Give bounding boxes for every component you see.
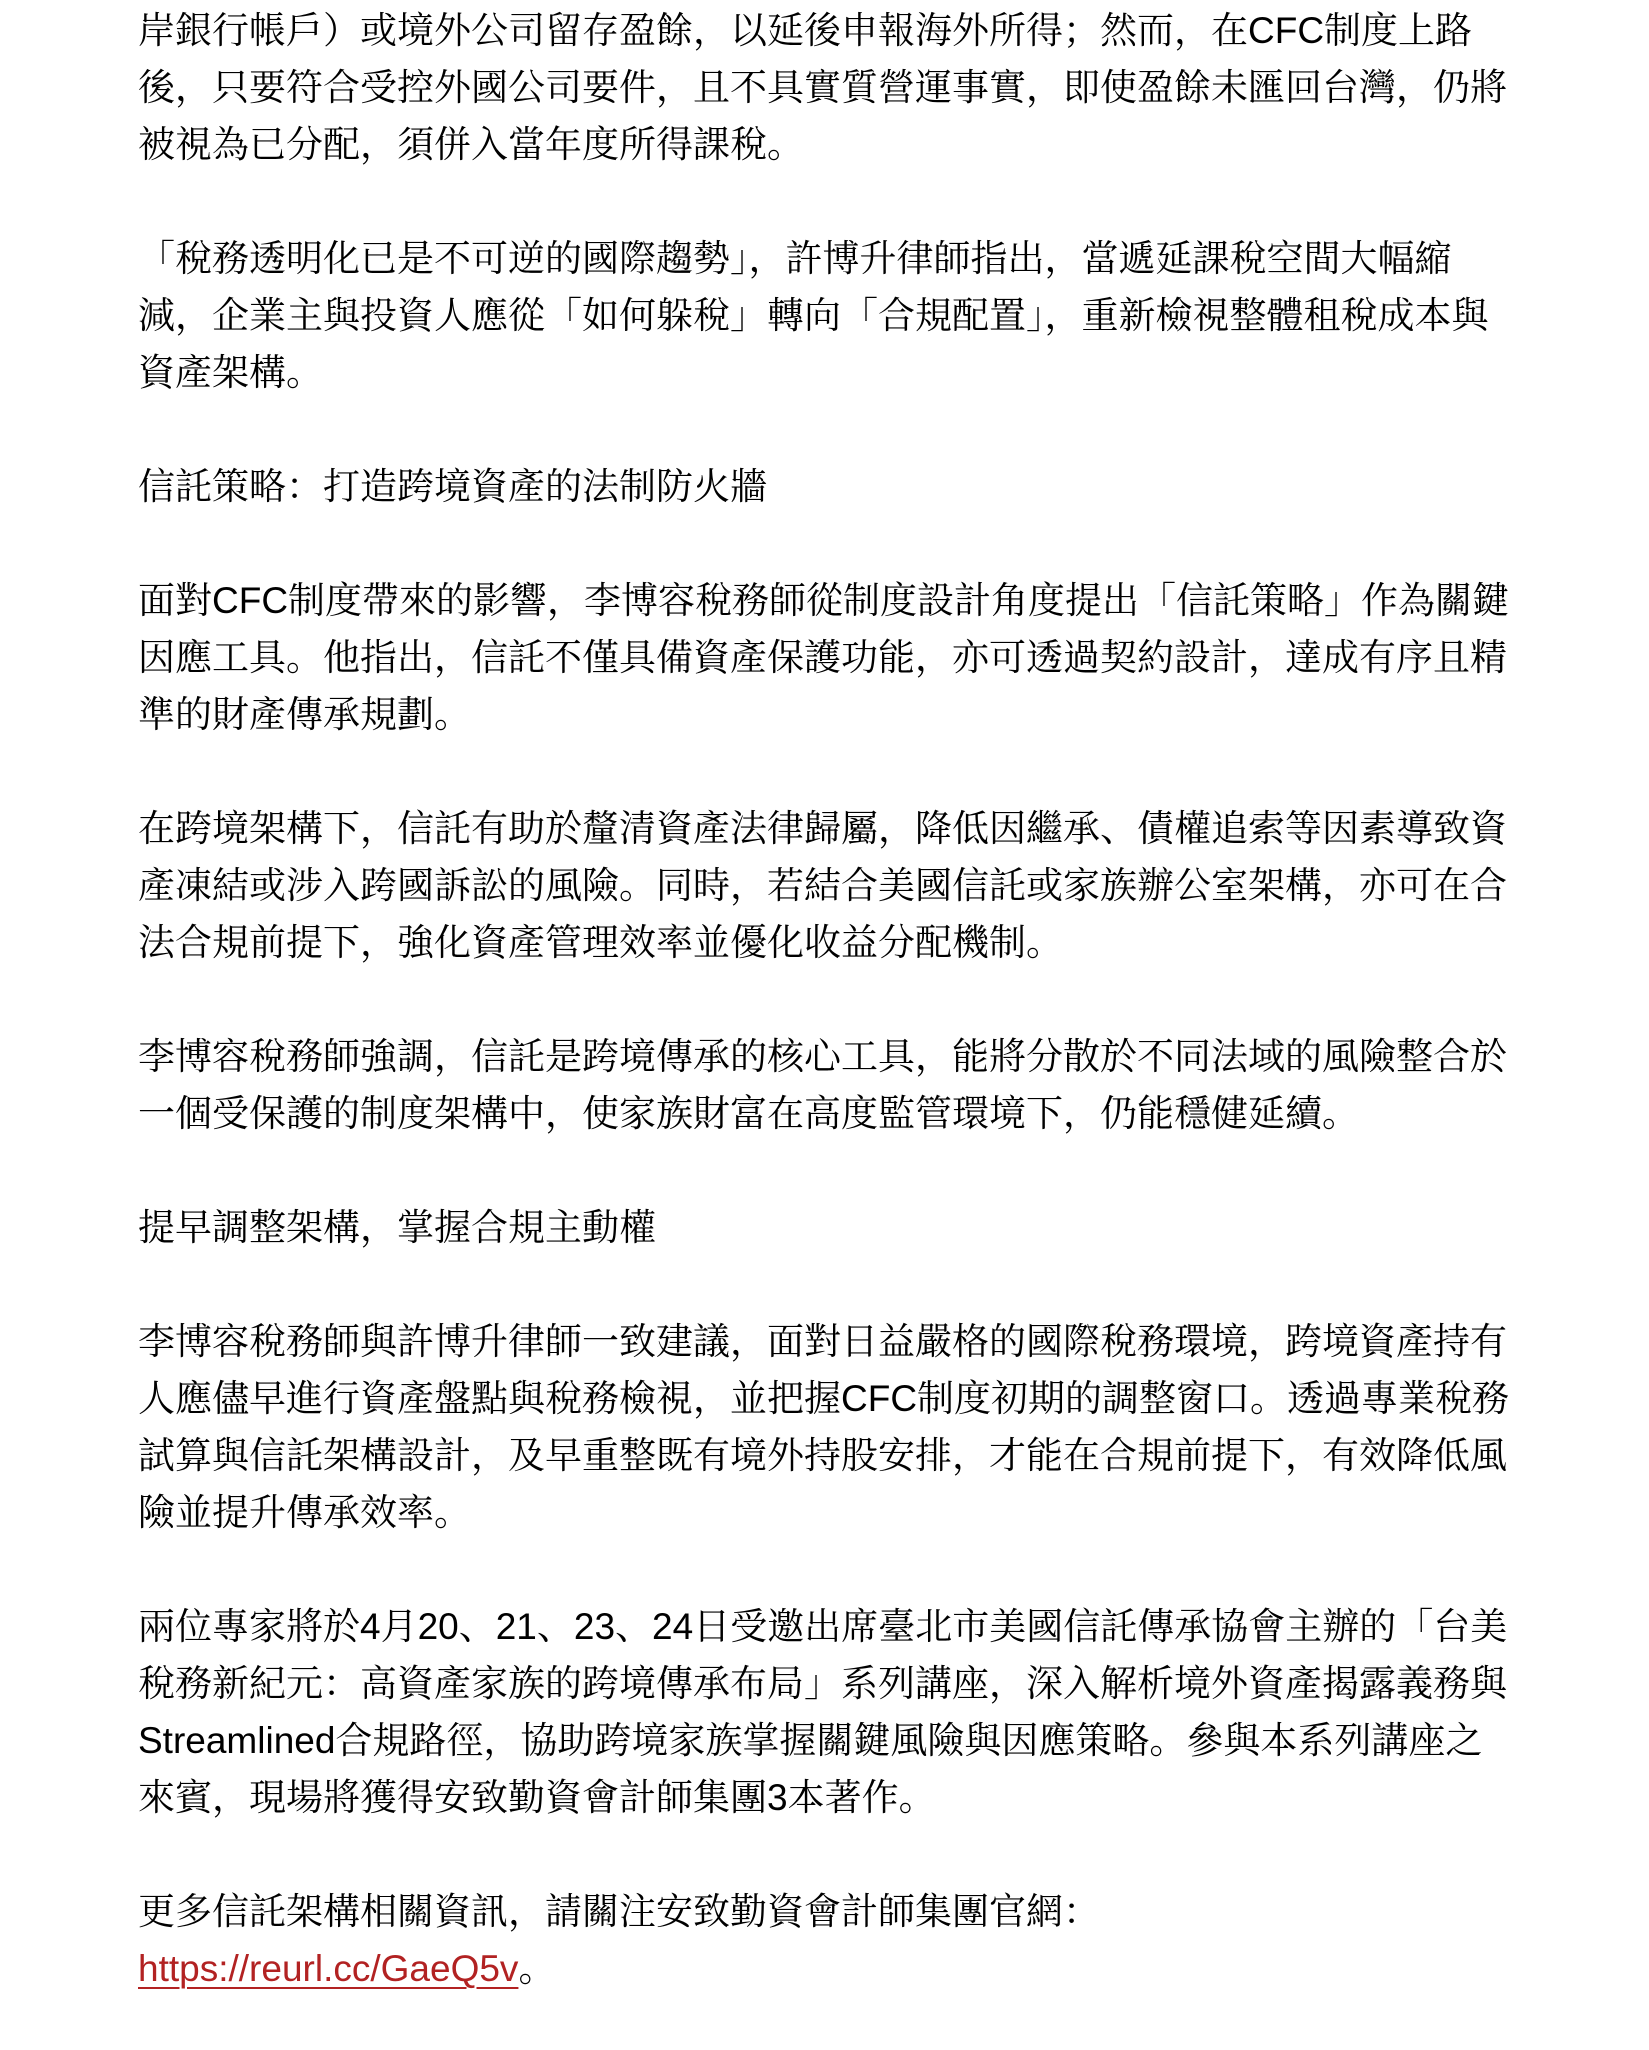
paragraph-cross-border-structure: 在跨境架構下，信託有助於釐清資產法律歸屬，降低因繼承、債權追索等因素導致資產凍結… (138, 800, 1514, 971)
paragraph-trust-core-tool: 李博容稅務師強調，信託是跨境傳承的核心工具，能將分散於不同法域的風險整合於一個受… (138, 1028, 1514, 1142)
paragraph-more-info: 更多信託架構相關資訊，請關注安致勤資會計師集團官網： https://reurl… (138, 1883, 1514, 1997)
paragraph-seminar-announcement: 兩位專家將於4月20、21、23、24日受邀出席臺北市美國信託傳承協會主辦的「台… (138, 1598, 1514, 1826)
sentence-end-period: 。 (518, 1948, 555, 1989)
section-heading-trust-strategy: 信託策略：打造跨境資產的法制防火牆 (138, 458, 1514, 515)
paragraph-joint-advice: 李博容稅務師與許博升律師一致建議，面對日益嚴格的國際稅務環境，跨境資產持有人應儘… (138, 1313, 1514, 1541)
document-page: 岸銀行帳戶）或境外公司留存盈餘，以延後申報海外所得；然而，在CFC制度上路後，只… (0, 0, 1649, 1997)
paragraph-cfc-rule: 岸銀行帳戶）或境外公司留存盈餘，以延後申報海外所得；然而，在CFC制度上路後，只… (138, 2, 1514, 173)
section-heading-early-adjustment: 提早調整架構，掌握合規主動權 (138, 1199, 1514, 1256)
more-info-text: 更多信託架構相關資訊，請關注安致勤資會計師集團官網： (138, 1891, 1100, 1932)
paragraph-tax-transparency: 「稅務透明化已是不可逆的國際趨勢」，許博升律師指出，當遞延課稅空間大幅縮減，企業… (138, 230, 1514, 401)
paragraph-trust-tool: 面對CFC制度帶來的影響，李博容稅務師從制度設計角度提出「信託策略」作為關鍵因應… (138, 572, 1514, 743)
official-website-link[interactable]: https://reurl.cc/GaeQ5v (138, 1948, 518, 1989)
